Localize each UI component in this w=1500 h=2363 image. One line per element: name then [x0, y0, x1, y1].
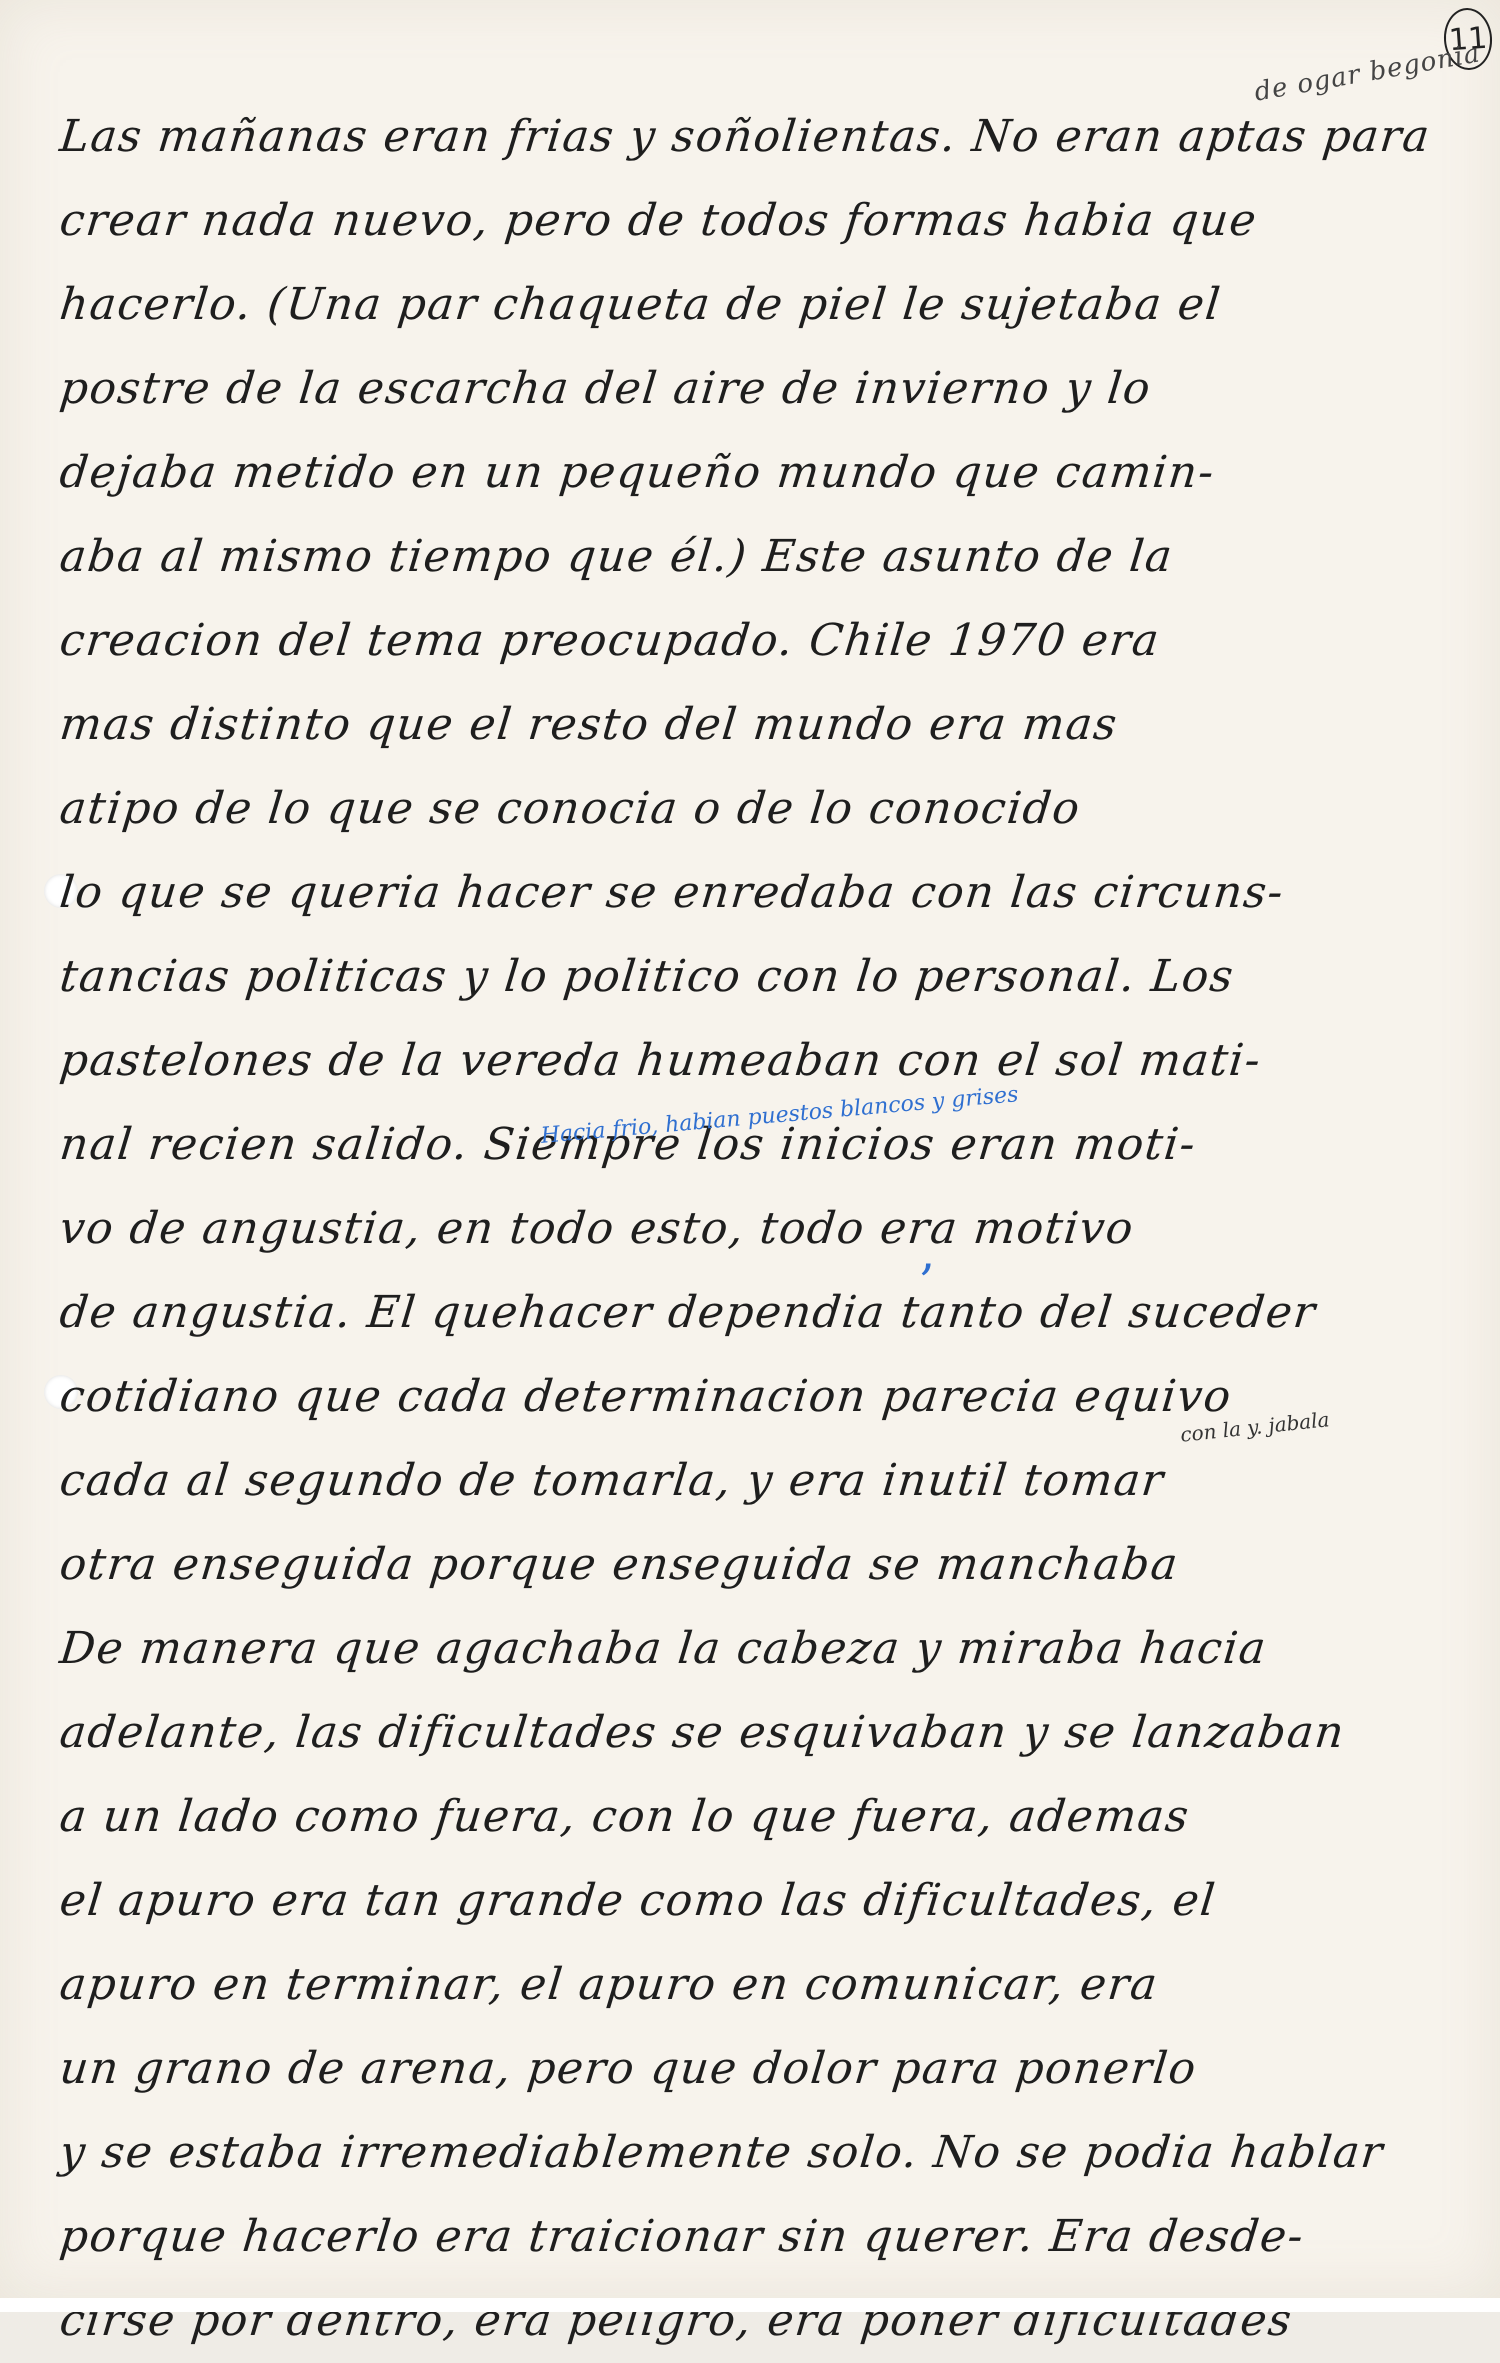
handwritten-line: a un lado como fuera, con lo que fuera, …	[56, 1775, 1485, 1859]
handwritten-line: adelante, las dificultades se esquivaban…	[56, 1691, 1485, 1775]
handwritten-line: creacion del tema preocupado. Chile 1970…	[56, 599, 1485, 683]
blue-insertion-mark: ,	[920, 1225, 935, 1281]
handwritten-line: dejaba metido en un pequeño mundo que ca…	[56, 431, 1485, 515]
handwritten-line: hacerlo. (Una par chaqueta de piel le su…	[56, 263, 1485, 347]
handwritten-text-body: Las mañanas eran frias y soñolientas. No…	[60, 95, 1480, 2312]
handwritten-line: cada al segundo de tomarla, y era inutil…	[56, 1439, 1485, 1523]
handwritten-line: lo que se queria hacer se enredaba con l…	[56, 851, 1485, 935]
handwritten-line: otra enseguida porque enseguida se manch…	[56, 1523, 1485, 1607]
handwritten-line: atipo de lo que se conocia o de lo conoc…	[56, 767, 1485, 851]
handwritten-line: mas distinto que el resto del mundo era …	[56, 683, 1485, 767]
handwritten-line: y se estaba irremediablemente solo. No s…	[56, 2111, 1485, 2195]
handwritten-line: tancias politicas y lo politico con lo p…	[56, 935, 1485, 1019]
handwritten-line: un grano de arena, pero que dolor para p…	[56, 2027, 1485, 2111]
handwritten-line: pastelones de la vereda humeaban con el …	[56, 1019, 1485, 1103]
handwritten-line: Las mañanas eran frias y soñolientas. No…	[56, 95, 1485, 179]
manuscript-page: 11 de ogar begonia Las mañanas eran fria…	[0, 0, 1500, 2298]
handwritten-line: De manera que agachaba la cabeza y mirab…	[56, 1607, 1485, 1691]
handwritten-line: aba al mismo tiempo que él.) Este asunto…	[56, 515, 1485, 599]
scan-bottom-edge	[0, 2298, 1500, 2312]
handwritten-line: vo de angustia, en todo esto, todo era m…	[56, 1187, 1485, 1271]
handwritten-line: postre de la escarcha del aire de invier…	[56, 347, 1485, 431]
handwritten-line: de angustia. El quehacer dependia tanto …	[56, 1271, 1485, 1355]
handwritten-line: porque hacerlo era traicionar sin querer…	[56, 2195, 1485, 2279]
handwritten-line: el apuro era tan grande como las dificul…	[56, 1859, 1485, 1943]
handwritten-line: crear nada nuevo, pero de todos formas h…	[56, 179, 1485, 263]
handwritten-line: apuro en terminar, el apuro en comunicar…	[56, 1943, 1485, 2027]
